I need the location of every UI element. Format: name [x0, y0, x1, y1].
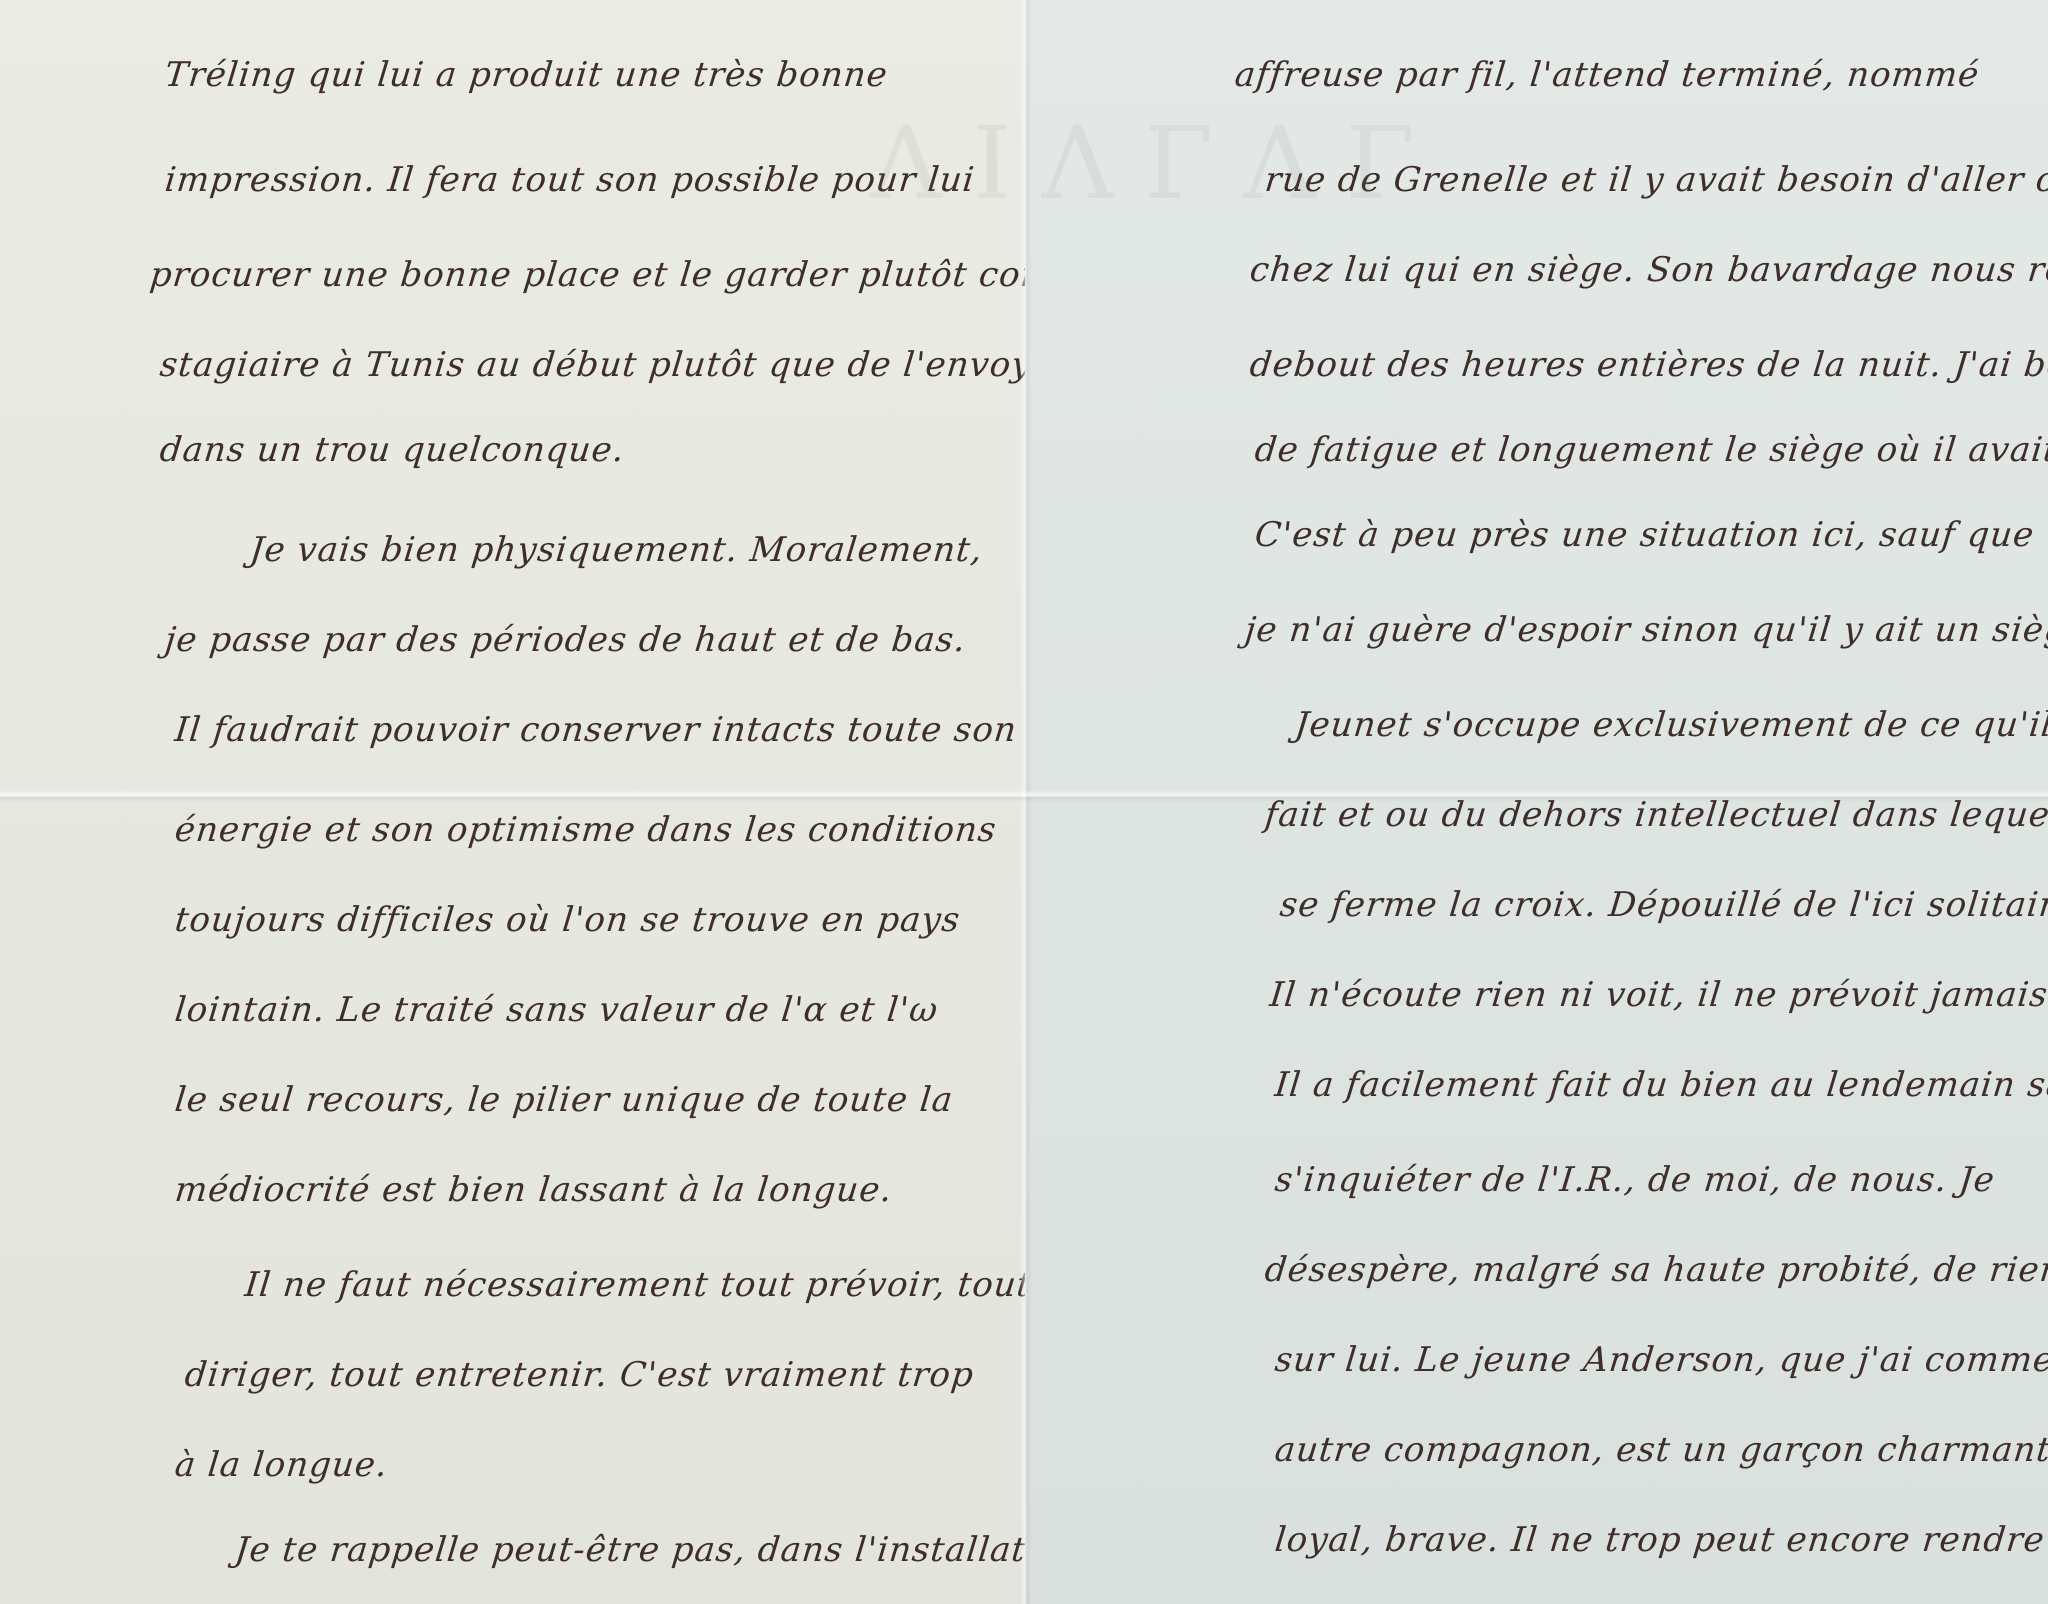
handwritten-line: lointain. Le traité sans valeur de l'α e… [173, 990, 940, 1030]
paper-watermark: ΛΙΛΓΛΓ [870, 105, 1390, 215]
handwritten-line: impression. Il fera tout son possible po… [163, 160, 977, 200]
handwritten-line: je n'ai guère d'espoir sinon qu'il y ait… [1243, 610, 2048, 650]
handwritten-line: procurer une bonne place et le garder pl… [148, 255, 1025, 295]
right-page: affreuse par fil, l'attend terminé, nomm… [1025, 0, 2048, 1604]
handwritten-line: debout des heures entières de la nuit. J… [1248, 345, 2048, 385]
handwritten-line: Il n'écoute rien ni voit, il ne prévoit … [1268, 975, 2048, 1015]
handwritten-line: médiocrité est bien lassant à la longue. [173, 1170, 894, 1210]
horizontal-fold-crease [0, 790, 2048, 802]
handwritten-line: Il a facilement fait du bien au lendemai… [1273, 1065, 2048, 1105]
letter-spread: Tréling qui lui a produit une très bonne… [0, 0, 2048, 1604]
handwritten-line: sur lui. Le jeune Anderson, que j'ai com… [1273, 1340, 2048, 1380]
handwritten-line: C'est à peu près une situation ici, sauf… [1253, 515, 2036, 555]
handwritten-line: diriger, tout entretenir. C'est vraiment… [183, 1355, 976, 1395]
handwritten-line: Jeunet s'occupe exclusivement de ce qu'i… [1293, 705, 2048, 745]
handwritten-line: énergie et son optimisme dans les condit… [173, 810, 999, 850]
handwritten-line: s'inquiéter de l'I.R., de moi, de nous. … [1273, 1160, 1997, 1200]
handwritten-line: toujours difficiles où l'on se trouve en… [173, 900, 962, 940]
handwritten-line: de fatigue et longuement le siège où il … [1253, 430, 2048, 470]
vertical-fold-crease [1020, 0, 1032, 1604]
handwritten-line: Tréling qui lui a produit une très bonne [163, 55, 890, 95]
handwritten-line: à la longue. [173, 1445, 390, 1485]
handwritten-line: se ferme la croix. Dépouillé de l'ici so… [1278, 885, 2048, 925]
handwritten-line: dans un trou quelconque. [158, 430, 627, 470]
handwritten-line: Je te rappelle peut-être pas, dans l'ins… [233, 1530, 1025, 1570]
handwritten-line: chez lui qui en siège. Son bavardage nou… [1248, 250, 2048, 290]
handwritten-line: le seul recours, le pilier unique de tou… [173, 1080, 955, 1120]
left-page: Tréling qui lui a produit une très bonne… [0, 0, 1025, 1604]
handwritten-line: Il ne faut nécessairement tout prévoir, … [243, 1265, 1025, 1305]
handwritten-line: je passe par des périodes de haut et de … [163, 620, 968, 660]
handwritten-line: Je vais bien physiquement. Moralement, [248, 530, 985, 570]
handwritten-line: Il faudrait pouvoir conserver intacts to… [173, 710, 1019, 750]
handwritten-line: autre compagnon, est un garçon charmant, [1273, 1430, 2048, 1470]
handwritten-line: affreuse par fil, l'attend terminé, nomm… [1233, 55, 1982, 95]
handwritten-line: loyal, brave. Il ne trop peut encore ren… [1273, 1520, 2047, 1560]
handwritten-line: désespère, malgré sa haute probité, de r… [1263, 1250, 2048, 1290]
handwritten-line: stagiaire à Tunis au début plutôt que de… [158, 345, 1025, 385]
